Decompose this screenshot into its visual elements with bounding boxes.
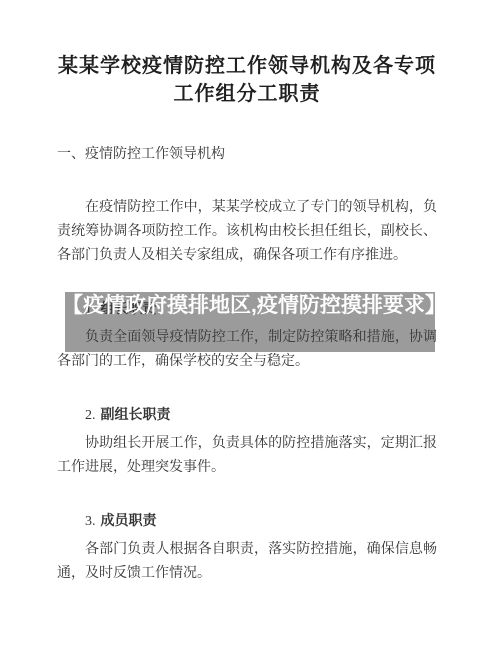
item-heading-members: 3.成员职责 (57, 510, 437, 534)
ad-overlay-link[interactable]: 【疫情政府摸排地区,疫情防控摸排要求】 (62, 291, 438, 321)
document-title: 某某学校疫情防控工作领导机构及各专项工作组分工职责 (57, 52, 437, 108)
section-heading-leading-group: 一、疫情防控工作领导机构 (57, 143, 437, 167)
item-number: 2. (85, 408, 96, 423)
document-page: 某某学校疫情防控工作领导机构及各专项工作组分工职责 一、疫情防控工作领导机构 在… (0, 0, 500, 647)
item-heading-deputy: 2.副组长职责 (57, 404, 437, 428)
item-body-deputy: 协助组长开展工作，负责具体的防控措施落实，定期汇报工作进展，处理突发事件。 (57, 432, 437, 480)
item-body-members: 各部门负责人根据各自职责，落实防控措施，确保信息畅通，及时反馈工作情况。 (57, 538, 437, 586)
item-body-leader: 负责全面领导疫情防控工作，制定防控策略和措施，协调各部门的工作，确保学校的安全与… (57, 326, 437, 374)
item-heading-text: 成员职责 (101, 514, 157, 529)
item-heading-text: 副组长职责 (101, 408, 171, 423)
item-number: 3. (85, 514, 96, 529)
intro-paragraph: 在疫情防控工作中，某某学校成立了专门的领导机构，负责统筹协调各项防控工作。该机构… (57, 196, 437, 268)
